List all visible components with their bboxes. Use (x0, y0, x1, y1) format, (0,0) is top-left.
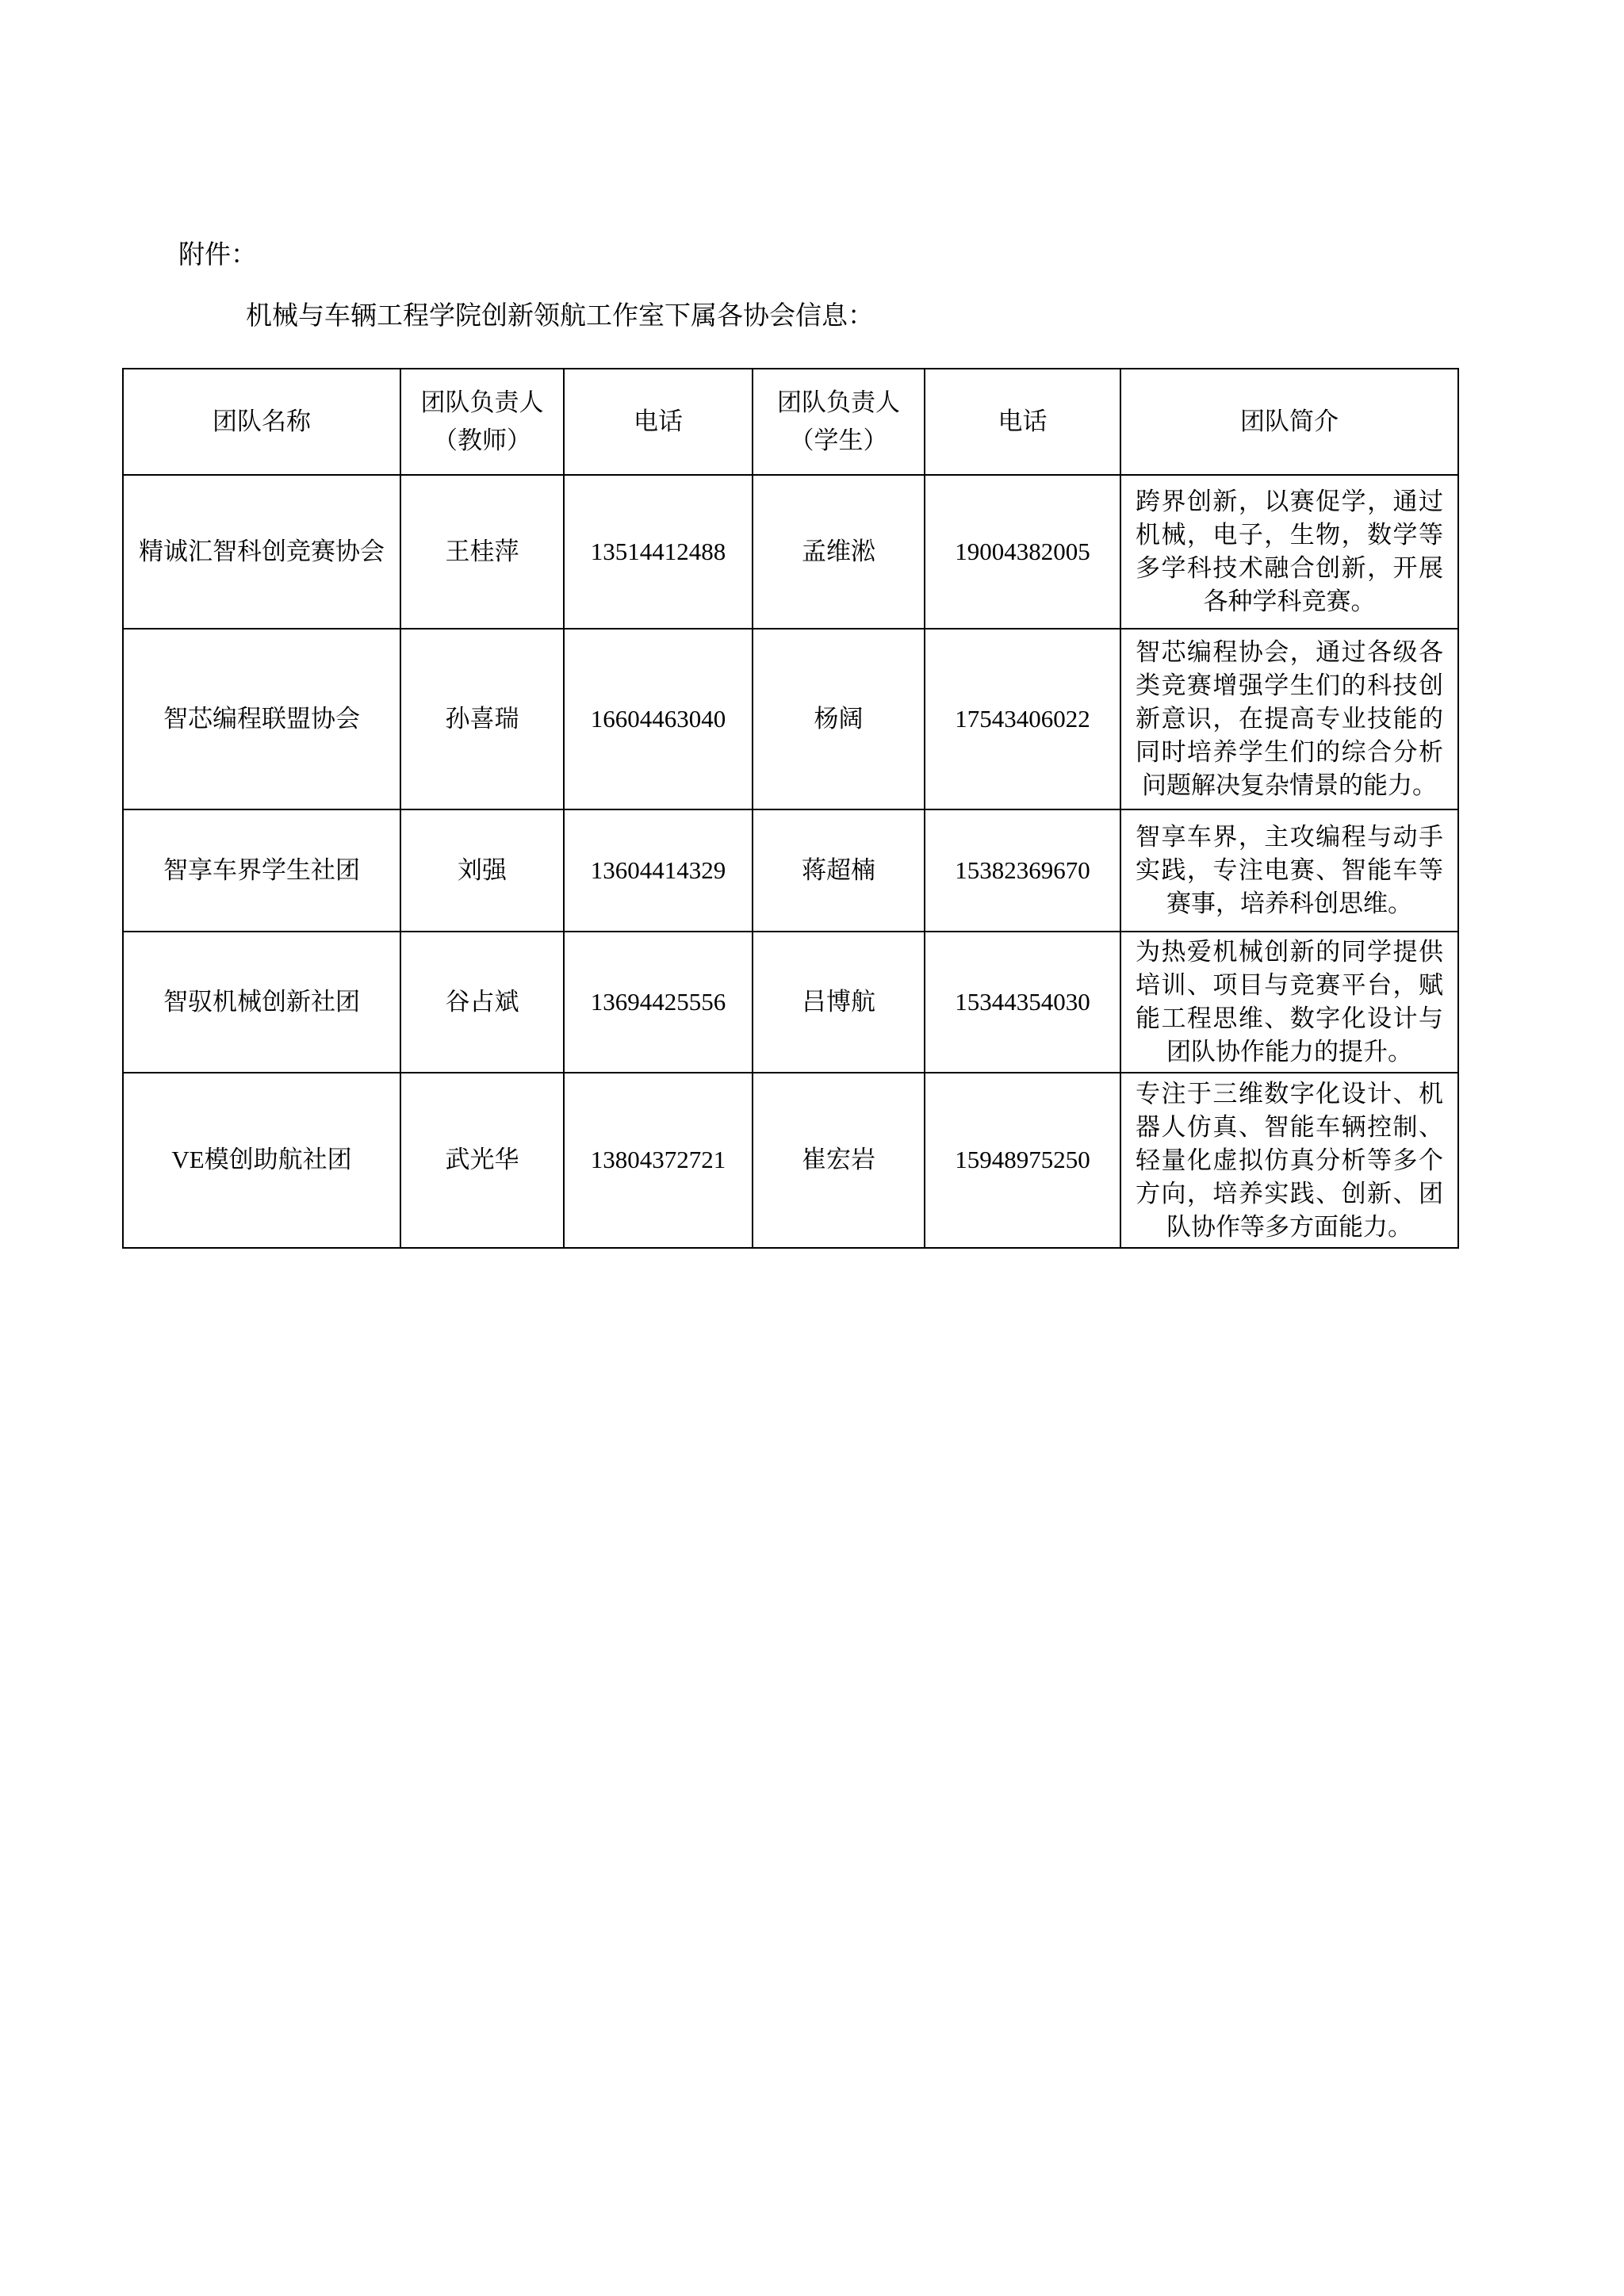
student-name-cell: 蒋超楠 (753, 809, 925, 932)
table-header-row: 团队名称 团队负责人 （教师） 电话 团队负责人 （学生） 电话 团队简介 (123, 369, 1458, 475)
team-name-cell: VE模创助航社团 (123, 1073, 400, 1248)
student-phone-cell: 19004382005 (925, 475, 1120, 629)
student-name-cell: 吕博航 (753, 932, 925, 1073)
table-row: 精诚汇智科创竞赛协会 王桂萍 13514412488 孟维淞 190043820… (123, 475, 1458, 629)
team-intro-cell: 为热爱机械创新的同学提供培训、项目与竞赛平台，赋能工程思维、数字化设计与团队协作… (1120, 932, 1458, 1073)
table-row: VE模创助航社团 武光华 13804372721 崔宏岩 15948975250… (123, 1073, 1458, 1248)
table-row: 智芯编程联盟协会 孙喜瑞 16604463040 杨阔 17543406022 … (123, 629, 1458, 809)
page-title: 机械与车辆工程学院创新领航工作室下属各协会信息： (246, 299, 874, 335)
student-phone-cell: 15382369670 (925, 809, 1120, 932)
table-row: 智驭机械创新社团 谷占斌 13694425556 吕博航 15344354030… (123, 932, 1458, 1073)
student-phone-cell: 15948975250 (925, 1073, 1120, 1248)
table-row: 智享车界学生社团 刘强 13604414329 蒋超楠 15382369670 … (123, 809, 1458, 932)
teacher-name-cell: 刘强 (400, 809, 564, 932)
header-student-leader: 团队负责人 （学生） (753, 369, 925, 475)
header-team-name: 团队名称 (123, 369, 400, 475)
team-name-cell: 智驭机械创新社团 (123, 932, 400, 1073)
teacher-name-cell: 武光华 (400, 1073, 564, 1248)
teacher-phone-cell: 13804372721 (564, 1073, 753, 1248)
teacher-phone-cell: 13694425556 (564, 932, 753, 1073)
team-name-cell: 智享车界学生社团 (123, 809, 400, 932)
student-phone-cell: 15344354030 (925, 932, 1120, 1073)
team-name-cell: 精诚汇智科创竞赛协会 (123, 475, 400, 629)
student-name-cell: 孟维淞 (753, 475, 925, 629)
student-name-cell: 崔宏岩 (753, 1073, 925, 1248)
teacher-name-cell: 孙喜瑞 (400, 629, 564, 809)
teacher-name-cell: 谷占斌 (400, 932, 564, 1073)
header-teacher-leader: 团队负责人 （教师） (400, 369, 564, 475)
header-teacher-phone: 电话 (564, 369, 753, 475)
associations-table: 团队名称 团队负责人 （教师） 电话 团队负责人 （学生） 电话 团队简介 精诚… (122, 368, 1459, 1249)
teacher-phone-cell: 13514412488 (564, 475, 753, 629)
teacher-name-cell: 王桂萍 (400, 475, 564, 629)
team-intro-cell: 智享车界，主攻编程与动手实践，专注电赛、智能车等赛事，培养科创思维。 (1120, 809, 1458, 932)
document-page: 附件： 机械与车辆工程学院创新领航工作室下属各协会信息： 团队名称 团队负责人 … (0, 0, 1624, 2296)
student-phone-cell: 17543406022 (925, 629, 1120, 809)
team-intro-cell: 专注于三维数字化设计、机器人仿真、智能车辆控制、轻量化虚拟仿真分析等多个方向，培… (1120, 1073, 1458, 1248)
team-name-cell: 智芯编程联盟协会 (123, 629, 400, 809)
attachment-label: 附件： (178, 238, 257, 274)
teacher-phone-cell: 13604414329 (564, 809, 753, 932)
header-student-phone: 电话 (925, 369, 1120, 475)
team-intro-cell: 跨界创新，以赛促学，通过机械，电子，生物，数学等多学科技术融合创新，开展各种学科… (1120, 475, 1458, 629)
team-intro-cell: 智芯编程协会，通过各级各类竞赛增强学生们的科技创新意识，在提高专业技能的同时培养… (1120, 629, 1458, 809)
student-name-cell: 杨阔 (753, 629, 925, 809)
header-team-intro: 团队简介 (1120, 369, 1458, 475)
teacher-phone-cell: 16604463040 (564, 629, 753, 809)
